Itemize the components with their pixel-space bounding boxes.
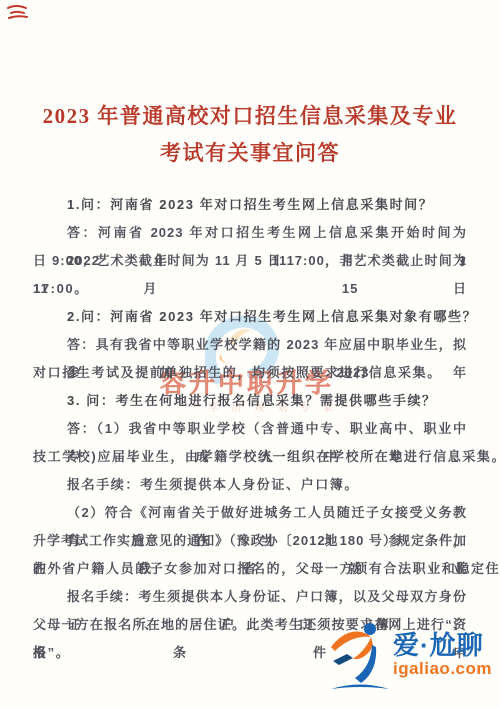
answer-3b-line2: 升学考试工作实施意见的通知》（豫政办〔2012〕180 号）规定条件，在我省就业 (33, 527, 467, 555)
procedure-2-line1: 报名手续：考生须提供本人身份证、户口簿，以及父母双方身份证、户口簿、 (33, 583, 467, 611)
page-title-line2: 考试有关事宜问答 (0, 135, 500, 172)
runner-icon (329, 619, 391, 695)
answer-3b-line3: 的外省户籍人员的子女参加对口报名的，父母一方须有合法职业和稳定住所。 (33, 555, 467, 583)
page-title-line1: 2023 年普通高校对口招生信息采集及专业 (0, 98, 500, 135)
answer-1-line1: 答：河南省 2023 年对口招生考生网上信息采集开始时间为 2022 年 11 … (33, 219, 467, 247)
page-title: 2023 年普通高校对口招生信息采集及专业 考试有关事宜问答 (0, 98, 500, 172)
document-page: 2023 年普通高校对口招生信息采集及专业 考试有关事宜问答 容升中职升学 一 … (0, 0, 500, 707)
answer-3-line1: 答：（1）我省中等职业学校（含普通中专、职业高中、职业中专、成人中专、 (33, 415, 467, 443)
question-1: 1.问：河南省 2023 年对口招生考生网上信息采集时间？ (33, 191, 467, 219)
red-scribble-icon (5, 4, 29, 22)
answer-3b-line1: （2）符合《河南省关于做好进城务工人员随迁子女接受义务教育后在当地参加 (33, 499, 467, 527)
site-domain: igaliao.com (393, 659, 492, 679)
answer-1-line2: 日 9:00；艺术类截止时间为 11 月 5 日 17:00，非艺术类截止时间为… (33, 247, 467, 275)
answer-2-line2: 对口招生考试及提前单独招生的，均须按照要求进行信息采集。 (33, 359, 467, 387)
site-name: 爱·尬聊 (393, 631, 492, 659)
procedure-1: 报名手续：考生须提供本人身份证、户口簿。 (33, 471, 467, 499)
answer-2-line1: 答：具有我省中等职业学校学籍的 2023 年应届中职毕业生，拟参加 2023 年 (33, 331, 467, 359)
question-2: 2.问：河南省 2023 年对口招生考生网上信息采集对象有哪些？ (33, 303, 467, 331)
answer-3-line2: 技工学校)应届毕业生，由学籍学校统一组织在学校所在地进行信息采集。 (33, 443, 467, 471)
question-3: 3. 问：考生在何地进行报名信息采集？需提供哪些手续？ (33, 387, 467, 415)
document-body: 1.问：河南省 2023 年对口招生考生网上信息采集时间？ 答：河南省 2023… (33, 191, 467, 667)
site-logo-text: 爱·尬聊 igaliao.com (393, 631, 492, 679)
site-logo[interactable]: 爱·尬聊 igaliao.com (329, 619, 492, 695)
